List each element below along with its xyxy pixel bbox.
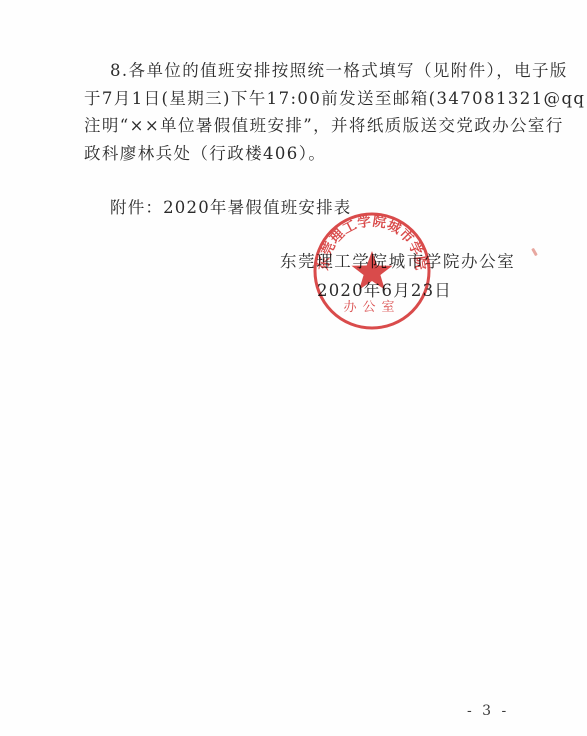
paragraph-line: 注明“××单位暑假值班安排”，并将纸质版送交党政办公室行	[84, 112, 524, 140]
page-number: - 3 -	[467, 703, 509, 719]
red-mark	[531, 248, 538, 256]
seal-bottom-text: 办公室	[343, 299, 400, 315]
paragraph-item-8: 8.各单位的值班安排按照统一格式填写（见附件），电子版 于7月1日(星期三)下午…	[84, 57, 524, 167]
paragraph-line: 政科廖林兵处（行政楼406）。	[84, 140, 524, 168]
document-page: 8.各单位的值班安排按照统一格式填写（见附件），电子版 于7月1日(星期三)下午…	[0, 0, 587, 736]
paragraph-line: 8.各单位的值班安排按照统一格式填写（见附件），电子版	[84, 57, 524, 85]
official-seal-icon: 东莞理工学院城市学院 办公室	[312, 211, 432, 331]
paragraph-line: 于7月1日(星期三)下午17:00前发送至邮箱(347081321@qq.com…	[84, 85, 524, 113]
